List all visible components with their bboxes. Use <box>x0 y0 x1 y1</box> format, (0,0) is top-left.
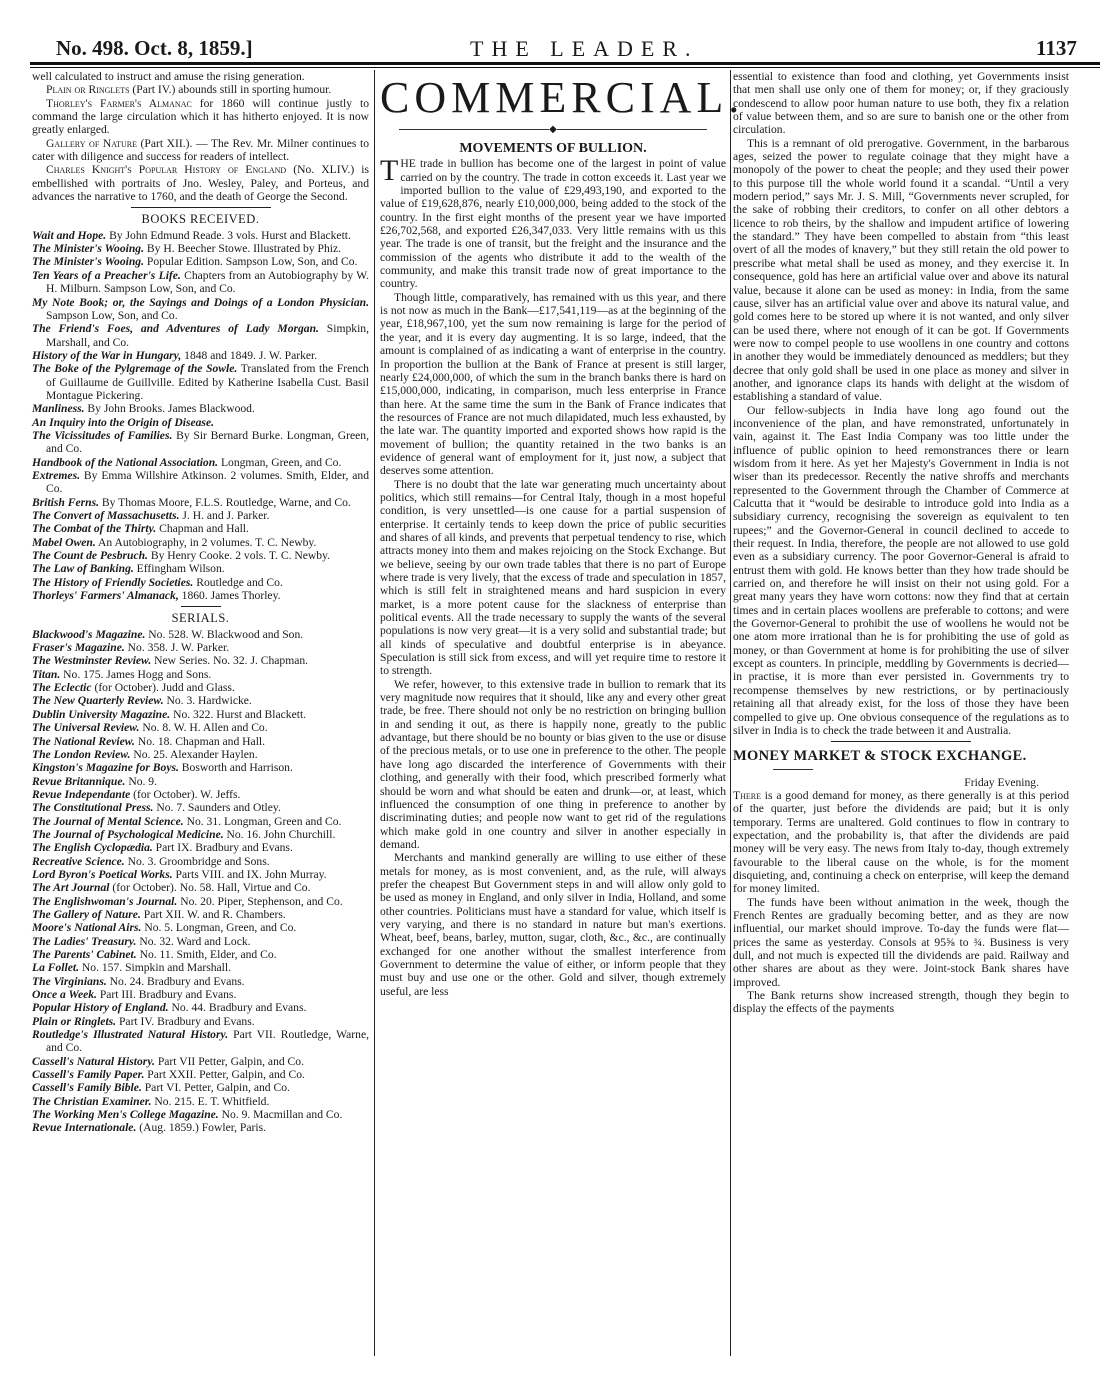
list-entry: Blackwood's Magazine. No. 528. W. Blackw… <box>32 628 369 641</box>
entry-detail: Part XII. W. and R. Chambers. <box>141 908 286 921</box>
entry-title: My Note Book; or, the Sayings and Doings… <box>32 296 369 309</box>
list-entry: Once a Week. Part III. Bradbury and Evan… <box>32 988 369 1001</box>
list-entry: Wait and Hope. By John Edmund Reade. 3 v… <box>32 229 369 242</box>
entry-title: The Virginians. <box>32 975 107 988</box>
entry-detail: By John Edmund Reade. 3 vols. Hurst and … <box>106 229 351 242</box>
left-column: well calculated to instruct and amuse th… <box>32 70 369 1135</box>
entry-title: Manliness. <box>32 402 85 415</box>
section-divider <box>131 207 271 208</box>
entry-detail: New Series. No. 32. J. Chapman. <box>151 654 308 667</box>
list-entry: Moore's National Airs. No. 5. Longman, G… <box>32 921 369 934</box>
ornament-divider: ◆ <box>380 124 726 136</box>
list-entry: Revue Independante (for October). W. Jef… <box>32 788 369 801</box>
money-market-paragraph: The Bank returns show increased strength… <box>733 989 1069 1016</box>
commercial-section-title: COMMERCIAL. <box>380 72 726 124</box>
list-entry: Cassell's Family Bible. Part VI. Petter,… <box>32 1081 369 1094</box>
list-entry: The Boke of the Pylgremage of the Sowle.… <box>32 362 369 402</box>
entry-title: Plain or Ringlets. <box>32 1015 116 1028</box>
masthead-rule <box>30 62 1100 65</box>
entry-detail: 1848 and 1849. J. W. Parker. <box>181 349 317 362</box>
books-received-list: Wait and Hope. By John Edmund Reade. 3 v… <box>32 229 369 603</box>
entry-title: The Count de Pesbruch. <box>32 549 148 562</box>
entry-detail: No. 9. Macmillan and Co. <box>219 1108 343 1121</box>
entry-title: The Convert of Massachusetts. <box>32 509 180 522</box>
list-entry: Revue Britannique. No. 9. <box>32 775 369 788</box>
entry-detail: No. 5. Longman, Green, and Co. <box>141 921 296 934</box>
entry-detail: Part III. Bradbury and Evans. <box>97 988 236 1001</box>
list-entry: Routledge's Illustrated Natural History.… <box>32 1028 369 1055</box>
entry-detail: No. 11. Smith, Elder, and Co. <box>137 948 277 961</box>
serials-list: Blackwood's Magazine. No. 528. W. Blackw… <box>32 628 369 1135</box>
list-entry: The Ladies' Treasury. No. 32. Ward and L… <box>32 935 369 948</box>
entry-detail: Parts VIII. and IX. John Murray. <box>173 868 327 881</box>
entry-detail: By Emma Willshire Atkinson. 2 volumes. S… <box>46 469 369 495</box>
entry-detail: 1860. James Thorley. <box>179 589 281 602</box>
entry-title: The Combat of the Thirty. <box>32 522 156 535</box>
entry-detail: Popular Edition. Sampson Low, Son, and C… <box>144 255 357 268</box>
list-entry: The Working Men's College Magazine. No. … <box>32 1108 369 1121</box>
list-entry: The Law of Banking. Effingham Wilson. <box>32 562 369 575</box>
article-paragraph: There is no doubt that the late war gene… <box>380 478 726 678</box>
entry-detail: No. 175. James Hogg and Sons. <box>60 668 211 681</box>
list-entry: The London Review. No. 25. Alexander Hay… <box>32 748 369 761</box>
list-entry: The Art Journal (for October). No. 58. H… <box>32 881 369 894</box>
list-entry: Extremes. By Emma Willshire Atkinson. 2 … <box>32 469 369 496</box>
article-paragraph: We refer, however, to this extensive tra… <box>380 678 726 851</box>
entry-detail: No. 3. Hardwicke. <box>164 694 252 707</box>
list-entry: Revue Internationale. (Aug. 1859.) Fowle… <box>32 1121 369 1134</box>
list-entry: La Follet. No. 157. Simpkin and Marshall… <box>32 961 369 974</box>
entry-title: The Working Men's College Magazine. <box>32 1108 219 1121</box>
intro-paragraph: well calculated to instruct and amuse th… <box>32 70 369 83</box>
entry-title: Revue Independante <box>32 788 130 801</box>
entry-title: The Universal Review. <box>32 721 139 734</box>
entry-title: Cassell's Natural History. <box>32 1055 155 1068</box>
list-entry: The Universal Review. No. 8. W. H. Allen… <box>32 721 369 734</box>
entry-title: Cassell's Family Paper. <box>32 1068 144 1081</box>
entry-title: Fraser's Magazine. <box>32 641 125 654</box>
list-entry: The Eclectic (for October). Judd and Gla… <box>32 681 369 694</box>
list-entry: The Englishwoman's Journal. No. 20. Pipe… <box>32 895 369 908</box>
entry-title: Handbook of the National Association. <box>32 456 218 469</box>
entry-title: Titan. <box>32 668 60 681</box>
entry-title: Revue Britannique. <box>32 775 125 788</box>
entry-detail: No. 44. Bradbury and Evans. <box>169 1001 307 1014</box>
list-entry: An Inquiry into the Origin of Disease. <box>32 416 369 429</box>
entry-title: Ten Years of a Preacher's Life. <box>32 269 181 282</box>
entry-detail: Sampson Low, Son, and Co. <box>46 309 178 322</box>
entry-title: Blackwood's Magazine. <box>32 628 145 641</box>
entry-detail: No. 7. Saunders and Otley. <box>153 801 280 814</box>
list-entry: Popular History of England. No. 44. Brad… <box>32 1001 369 1014</box>
entry-title: The Minister's Wooing. <box>32 255 144 268</box>
entry-detail: Effingham Wilson. <box>134 562 225 575</box>
list-entry: Fraser's Magazine. No. 358. J. W. Parker… <box>32 641 369 654</box>
entry-detail: No. 31. Longman, Green and Co. <box>184 815 342 828</box>
entry-detail: No. 20. Piper, Stephenson, and Co. <box>177 895 342 908</box>
entry-detail: By Thomas Moore, F.L.S. Routledge, Warne… <box>99 496 351 509</box>
entry-title: The Westminster Review. <box>32 654 151 667</box>
intro-paragraph: Plain or Ringlets (Part IV.) abounds sti… <box>32 83 369 96</box>
article-paragraph: Merchants and mankind generally are will… <box>380 851 726 998</box>
entry-title: Cassell's Family Bible. <box>32 1081 142 1094</box>
entry-title: Once a Week. <box>32 988 97 1001</box>
entry-detail: No. 358. J. W. Parker. <box>125 641 229 654</box>
entry-title: The History of Friendly Societies. <box>32 576 193 589</box>
money-market-paragraph: The funds have been without animation in… <box>733 896 1069 989</box>
list-entry: The New Quarterly Review. No. 3. Hardwic… <box>32 694 369 707</box>
list-entry: The Constitutional Press. No. 7. Saunder… <box>32 801 369 814</box>
drop-cap: T <box>380 158 398 184</box>
entry-title: The Boke of the Pylgremage of the Sowle. <box>32 362 237 375</box>
list-entry: Plain or Ringlets. Part IV. Bradbury and… <box>32 1015 369 1028</box>
intro-paragraph: Thorley's Farmer's Almanac for 1860 will… <box>32 97 369 137</box>
entry-title: Moore's National Airs. <box>32 921 141 934</box>
ornament-divider <box>733 764 1069 776</box>
entry-title: The London Review. <box>32 748 130 761</box>
list-entry: The Gallery of Nature. Part XII. W. and … <box>32 908 369 921</box>
list-entry: The History of Friendly Societies. Routl… <box>32 576 369 589</box>
article-paragraph: THE trade in bullion has become one of t… <box>380 157 726 290</box>
list-entry: The Westminster Review. New Series. No. … <box>32 654 369 667</box>
entry-title: Wait and Hope. <box>32 229 106 242</box>
entry-detail: No. 16. John Churchill. <box>224 828 336 841</box>
entry-title: An Inquiry into the Origin of Disease. <box>32 416 214 429</box>
entry-title: The Parents' Cabinet. <box>32 948 137 961</box>
intro-paragraph: Charles Knight's Popular History of Engl… <box>32 163 369 203</box>
article-paragraph: Though little, comparatively, has remain… <box>380 291 726 478</box>
entry-detail: Part XXII. Petter, Galpin, and Co. <box>144 1068 305 1081</box>
entry-title: Recreative Science. <box>32 855 125 868</box>
entry-detail: (for October). No. 58. Hall, Virtue and … <box>110 881 311 894</box>
list-entry: Kingston's Magazine for Boys. Bosworth a… <box>32 761 369 774</box>
article-paragraph: essential to existence than food and clo… <box>733 70 1069 137</box>
issue-date: No. 498. Oct. 8, 1859.] <box>56 36 253 61</box>
entry-detail: (for October). W. Jeffs. <box>130 788 240 801</box>
entry-title: The National Review. <box>32 735 135 748</box>
list-entry: Handbook of the National Association. Lo… <box>32 456 369 469</box>
entry-detail: By John Brooks. James Blackwood. <box>85 402 255 415</box>
entry-detail: No. 32. Ward and Lock. <box>136 935 250 948</box>
entry-title: Popular History of England. <box>32 1001 169 1014</box>
entry-detail: No. 24. Bradbury and Evans. <box>107 975 245 988</box>
list-entry: The Combat of the Thirty. Chapman and Ha… <box>32 522 369 535</box>
entry-detail: No. 9. <box>125 775 157 788</box>
entry-detail: (for October). Judd and Glass. <box>92 681 235 694</box>
entry-title: The Christian Examiner. <box>32 1095 152 1108</box>
entry-title: The Minister's Wooing. <box>32 242 144 255</box>
entry-title: Extremes. <box>32 469 80 482</box>
entry-detail: (Aug. 1859.) Fowler, Paris. <box>136 1121 266 1134</box>
entry-detail: No. 3. Groombridge and Sons. <box>125 855 270 868</box>
entry-title: The New Quarterly Review. <box>32 694 164 707</box>
entry-detail: Routledge and Co. <box>193 576 283 589</box>
entry-detail: No. 157. Simpkin and Marshall. <box>79 961 231 974</box>
entry-title: History of the War in Hungary, <box>32 349 181 362</box>
entry-detail: An Autobiography, in 2 volumes. T. C. Ne… <box>96 536 317 549</box>
entry-detail: No. 528. W. Blackwood and Son. <box>145 628 303 641</box>
money-market-heading: MONEY MARKET & STOCK EXCHANGE. <box>733 750 1069 763</box>
entry-detail: No. 8. W. H. Allen and Co. <box>139 721 267 734</box>
column-divider-right <box>730 70 731 1356</box>
list-entry: Dublin University Magazine. No. 322. Hur… <box>32 708 369 721</box>
entry-detail: Bosworth and Harrison. <box>179 761 293 774</box>
entry-title: The Vicissitudes of Families. <box>32 429 172 442</box>
list-entry: The National Review. No. 18. Chapman and… <box>32 735 369 748</box>
entry-title: Kingston's Magazine for Boys. <box>32 761 179 774</box>
entry-title: La Follet. <box>32 961 79 974</box>
entry-detail: No. 322. Hurst and Blackett. <box>170 708 306 721</box>
list-entry: Cassell's Natural History. Part VII Pett… <box>32 1055 369 1068</box>
masthead: No. 498. Oct. 8, 1859.] THE LEADER. 1137 <box>30 36 1100 64</box>
entry-detail: No. 18. Chapman and Hall. <box>135 735 265 748</box>
entry-title: The Constitutional Press. <box>32 801 153 814</box>
entry-title: The Law of Banking. <box>32 562 134 575</box>
article-paragraph: Our fellow-subjects in India have long a… <box>733 404 1069 738</box>
entry-title: Revue Internationale. <box>32 1121 136 1134</box>
entry-title: The Gallery of Nature. <box>32 908 141 921</box>
list-entry: The Journal of Mental Science. No. 31. L… <box>32 815 369 828</box>
right-column: essential to existence than food and clo… <box>733 70 1069 1016</box>
entry-title: Mabel Owen. <box>32 536 96 549</box>
entry-detail: Chapman and Hall. <box>156 522 249 535</box>
middle-column: COMMERCIAL. ◆ MOVEMENTS OF BULLION. THE … <box>380 68 726 998</box>
entry-title: Dublin University Magazine. <box>32 708 170 721</box>
entry-title: British Ferns. <box>32 496 99 509</box>
entry-detail: Part IV. Bradbury and Evans. <box>116 1015 255 1028</box>
dateline: Friday Evening. <box>733 776 1069 789</box>
page-number: 1137 <box>1036 36 1077 61</box>
entry-detail: No. 25. Alexander Haylen. <box>130 748 257 761</box>
entry-detail: Part IX. Bradbury and Evans. <box>153 841 293 854</box>
entry-detail: Part VI. Petter, Galpin, and Co. <box>142 1081 290 1094</box>
intro-paragraph: Gallery of Nature (Part XII.). — The Rev… <box>32 137 369 164</box>
section-divider <box>831 741 971 742</box>
column-divider-left <box>374 70 375 1356</box>
entry-detail: J. H. and J. Parker. <box>180 509 270 522</box>
entry-title: The Eclectic <box>32 681 92 694</box>
list-entry: Ten Years of a Preacher's Life. Chapters… <box>32 269 369 296</box>
list-entry: Manliness. By John Brooks. James Blackwo… <box>32 402 369 415</box>
money-market-paragraph: There is a good demand for money, as the… <box>733 789 1069 896</box>
list-entry: Mabel Owen. An Autobiography, in 2 volum… <box>32 536 369 549</box>
entry-detail: Part VII Petter, Galpin, and Co. <box>155 1055 304 1068</box>
entry-title: Lord Byron's Poetical Works. <box>32 868 173 881</box>
list-entry: Recreative Science. No. 3. Groombridge a… <box>32 855 369 868</box>
list-entry: Thorleys' Farmers' Almanack, 1860. James… <box>32 589 369 602</box>
list-entry: The Convert of Massachusetts. J. H. and … <box>32 509 369 522</box>
list-entry: British Ferns. By Thomas Moore, F.L.S. R… <box>32 496 369 509</box>
article-paragraph: This is a remnant of old prerogative. Go… <box>733 137 1069 404</box>
entry-title: Thorleys' Farmers' Almanack, <box>32 589 179 602</box>
list-entry: The Christian Examiner. No. 215. E. T. W… <box>32 1095 369 1108</box>
list-entry: History of the War in Hungary, 1848 and … <box>32 349 369 362</box>
list-entry: The Virginians. No. 24. Bradbury and Eva… <box>32 975 369 988</box>
entry-detail: Longman, Green, and Co. <box>218 456 341 469</box>
article-title: MOVEMENTS OF BULLION. <box>380 142 726 155</box>
entry-detail: No. 215. E. T. Whitfield. <box>152 1095 270 1108</box>
entry-detail: By H. Beecher Stowe. Illustrated by Phiz… <box>144 242 341 255</box>
section-divider <box>181 606 221 607</box>
list-entry: My Note Book; or, the Sayings and Doings… <box>32 296 369 323</box>
list-entry: The Journal of Psychological Medicine. N… <box>32 828 369 841</box>
books-received-heading: BOOKS RECEIVED. <box>32 213 369 226</box>
entry-title: The Englishwoman's Journal. <box>32 895 177 908</box>
newspaper-title: THE LEADER. <box>470 36 699 62</box>
list-entry: The Minister's Wooing. By H. Beecher Sto… <box>32 242 369 255</box>
entry-title: The Art Journal <box>32 881 110 894</box>
serials-heading: SERIALS. <box>32 612 369 625</box>
list-entry: The Minister's Wooing. Popular Edition. … <box>32 255 369 268</box>
entry-title: The Journal of Psychological Medicine. <box>32 828 224 841</box>
entry-title: The Ladies' Treasury. <box>32 935 136 948</box>
list-entry: The Friend's Foes, and Adventures of Lad… <box>32 322 369 349</box>
list-entry: The English Cyclopædia. Part IX. Bradbur… <box>32 841 369 854</box>
entry-title: Routledge's Illustrated Natural History. <box>32 1028 228 1041</box>
entry-title: The Friend's Foes, and Adventures of Lad… <box>32 322 319 335</box>
list-entry: Lord Byron's Poetical Works. Parts VIII.… <box>32 868 369 881</box>
list-entry: The Count de Pesbruch. By Henry Cooke. 2… <box>32 549 369 562</box>
entry-title: The Journal of Mental Science. <box>32 815 184 828</box>
entry-detail: By Henry Cooke. 2 vols. T. C. Newby. <box>148 549 330 562</box>
list-entry: Cassell's Family Paper. Part XXII. Pette… <box>32 1068 369 1081</box>
list-entry: Titan. No. 175. James Hogg and Sons. <box>32 668 369 681</box>
list-entry: The Vicissitudes of Families. By Sir Ber… <box>32 429 369 456</box>
list-entry: The Parents' Cabinet. No. 11. Smith, Eld… <box>32 948 369 961</box>
entry-title: The English Cyclopædia. <box>32 841 153 854</box>
